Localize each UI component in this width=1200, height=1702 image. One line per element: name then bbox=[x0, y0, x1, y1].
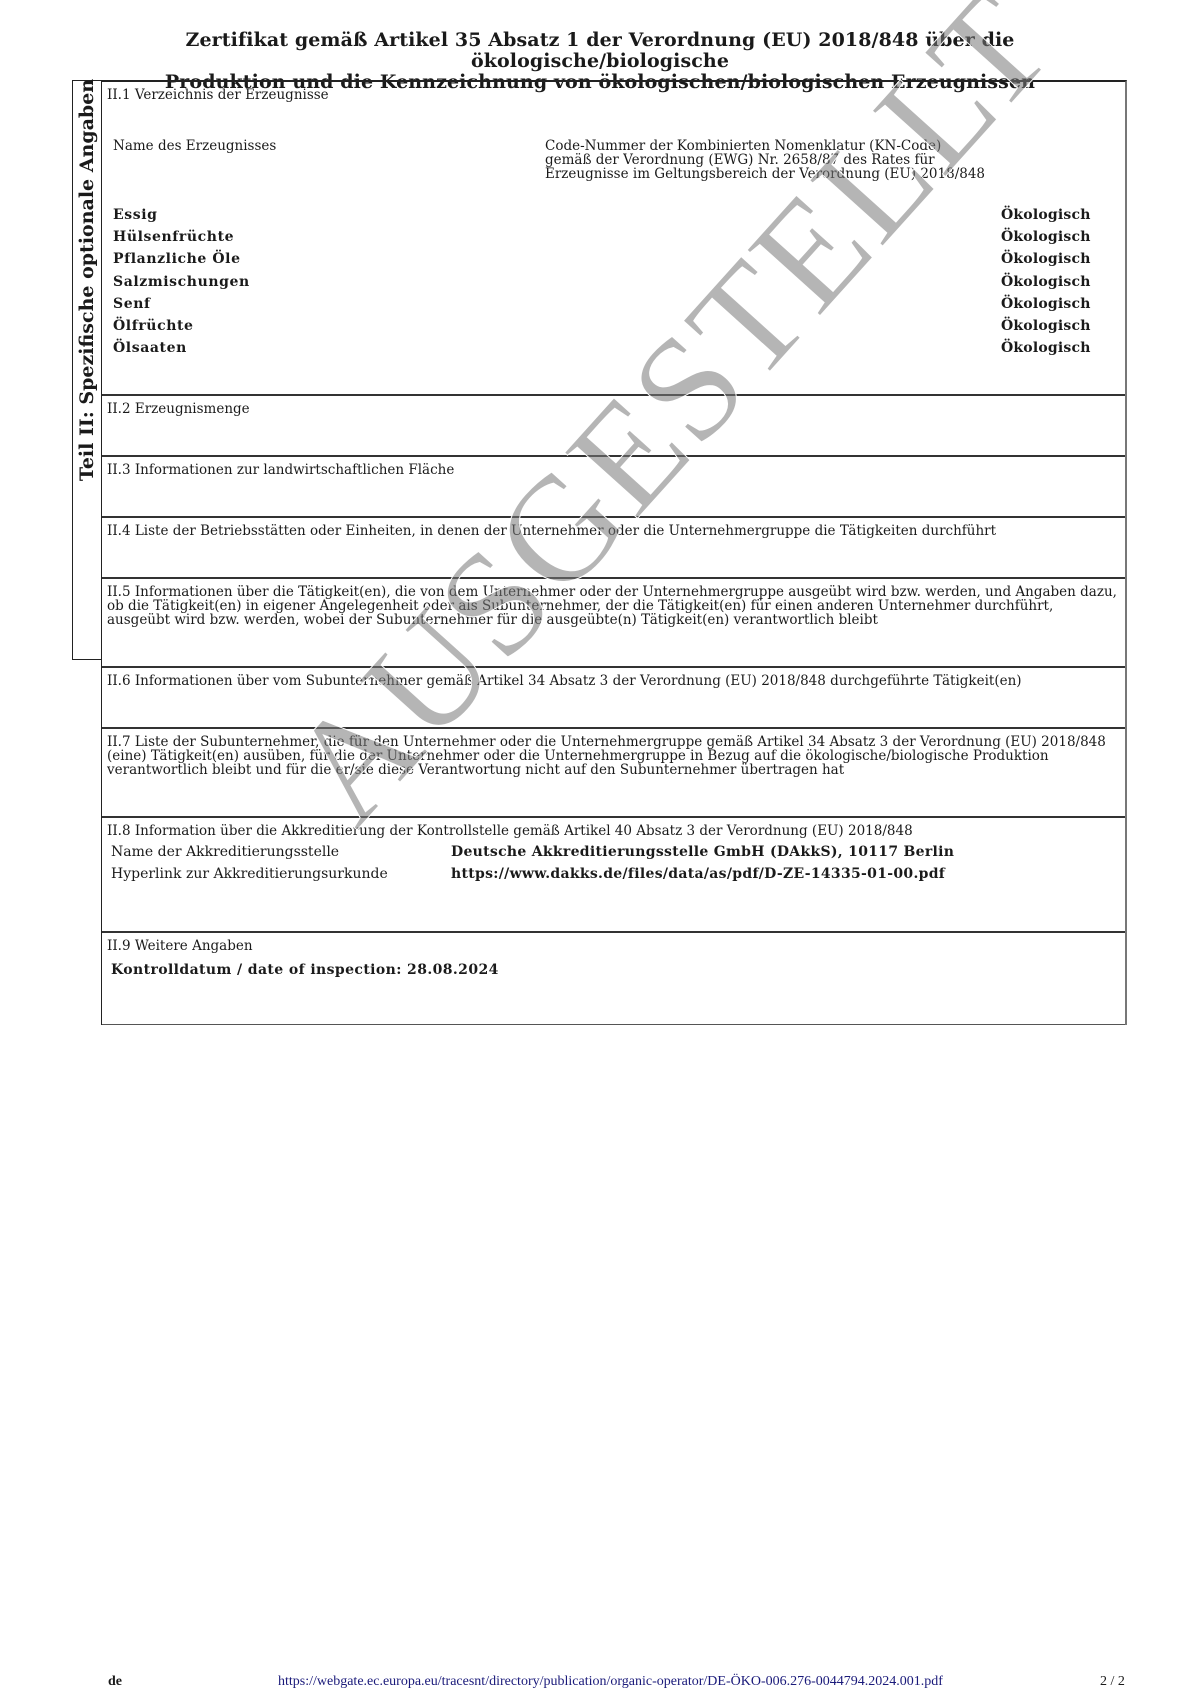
section-heading: II.2 Erzeugnismenge bbox=[102, 396, 1125, 416]
column-header-kn-code: Code-Nummer der Kombinierten Nomenklatur… bbox=[545, 139, 985, 181]
title-line-1: Zertifikat gemäß Artikel 35 Absatz 1 der… bbox=[60, 30, 1140, 72]
section-accreditation: II.8 Information über die Akkreditierung… bbox=[102, 818, 1125, 933]
product-name: Senf bbox=[113, 297, 151, 319]
product-row: HülsenfrüchteÖkologisch bbox=[113, 230, 1113, 252]
product-row: ÖlsaatenÖkologisch bbox=[113, 341, 1113, 363]
product-name: Salzmischungen bbox=[113, 275, 250, 297]
section-heading: II.8 Information über die Akkreditierung… bbox=[102, 818, 1125, 838]
section-heading: II.6 Informationen über vom Subunternehm… bbox=[102, 668, 1125, 688]
footer-url[interactable]: https://webgate.ec.europa.eu/tracesnt/di… bbox=[278, 1674, 943, 1690]
product-row: SalzmischungenÖkologisch bbox=[113, 275, 1113, 297]
section-heading: II.9 Weitere Angaben bbox=[102, 933, 1125, 953]
accreditation-link[interactable]: https://www.dakks.de/files/data/as/pdf/D… bbox=[451, 866, 945, 882]
section-products: II.1 Verzeichnis der Erzeugnisse Name de… bbox=[102, 82, 1125, 396]
product-status: Ökologisch bbox=[1001, 275, 1113, 297]
certificate-table: II.1 Verzeichnis der Erzeugnisse Name de… bbox=[101, 80, 1127, 1025]
accreditation-link-label: Hyperlink zur Akkreditierungsurkunde bbox=[111, 866, 451, 882]
product-list: EssigÖkologischHülsenfrüchteÖkologischPf… bbox=[113, 208, 1113, 363]
side-label: Teil II: Spezifische optionale Angaben bbox=[74, 80, 100, 580]
side-label-text: Teil II: Spezifische optionale Angaben bbox=[76, 79, 98, 481]
product-status: Ökologisch bbox=[1001, 319, 1113, 341]
section-further-info: II.9 Weitere Angaben Kontrolldatum / dat… bbox=[102, 933, 1125, 1025]
section-heading: II.3 Informationen zur landwirtschaftlic… bbox=[102, 457, 1125, 477]
page-footer: de https://webgate.ec.europa.eu/tracesnt… bbox=[0, 1674, 1200, 1694]
product-name: Pflanzliche Öle bbox=[113, 252, 241, 274]
product-status: Ökologisch bbox=[1001, 252, 1113, 274]
section-premises: II.4 Liste der Betriebsstätten oder Einh… bbox=[102, 518, 1125, 579]
column-header-product-name: Name des Erzeugnisses bbox=[113, 139, 276, 153]
footer-language: de bbox=[108, 1674, 122, 1690]
footer-page-number: 2 / 2 bbox=[1100, 1674, 1125, 1690]
product-row: SenfÖkologisch bbox=[113, 297, 1113, 319]
product-status: Ökologisch bbox=[1001, 341, 1113, 363]
section-heading: II.4 Liste der Betriebsstätten oder Einh… bbox=[102, 518, 1125, 538]
product-name: Ölfrüchte bbox=[113, 319, 194, 341]
section-subcontractor-list: II.7 Liste der Subunternehmer, die für d… bbox=[102, 729, 1125, 818]
product-status: Ökologisch bbox=[1001, 208, 1113, 230]
product-name: Essig bbox=[113, 208, 158, 230]
section-quantity: II.2 Erzeugnismenge bbox=[102, 396, 1125, 457]
section-subcontractor-activities: II.6 Informationen über vom Subunternehm… bbox=[102, 668, 1125, 729]
product-row: Pflanzliche ÖleÖkologisch bbox=[113, 252, 1113, 274]
product-name: Ölsaaten bbox=[113, 341, 187, 363]
accreditation-body-label: Name der Akkreditierungsstelle bbox=[111, 844, 451, 860]
section-agricultural-area: II.3 Informationen zur landwirtschaftlic… bbox=[102, 457, 1125, 518]
section-activities: II.5 Informationen über die Tätigkeit(en… bbox=[102, 579, 1125, 668]
accreditation-link-row: Hyperlink zur Akkreditierungsurkunde htt… bbox=[102, 866, 1125, 882]
product-name: Hülsenfrüchte bbox=[113, 230, 234, 252]
accreditation-body-row: Name der Akkreditierungsstelle Deutsche … bbox=[102, 844, 1125, 860]
accreditation-body-value: Deutsche Akkreditierungsstelle GmbH (DAk… bbox=[451, 844, 954, 860]
product-status: Ökologisch bbox=[1001, 297, 1113, 319]
product-row: ÖlfrüchteÖkologisch bbox=[113, 319, 1113, 341]
section-heading: II.7 Liste der Subunternehmer, die für d… bbox=[102, 729, 1125, 777]
inspection-date: Kontrolldatum / date of inspection: 28.0… bbox=[102, 953, 1125, 977]
product-status: Ökologisch bbox=[1001, 230, 1113, 252]
product-row: EssigÖkologisch bbox=[113, 208, 1113, 230]
section-heading: II.5 Informationen über die Tätigkeit(en… bbox=[102, 579, 1125, 627]
section-heading: II.1 Verzeichnis der Erzeugnisse bbox=[102, 82, 1125, 102]
